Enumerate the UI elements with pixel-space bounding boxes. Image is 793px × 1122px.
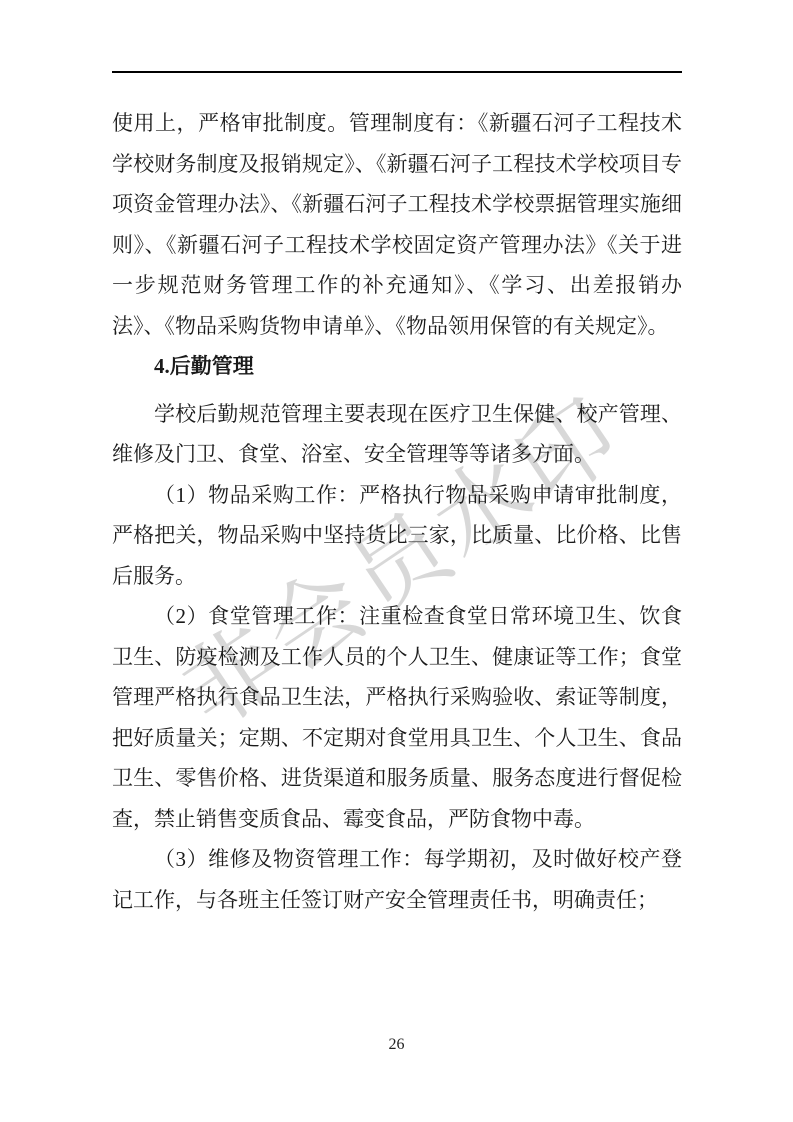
paragraph: 学校后勤规范管理主要表现在医疗卫生保健、校产管理、维修及门卫、食堂、浴室、安全管… — [112, 394, 682, 475]
header-rule — [112, 71, 682, 73]
paragraph: 使用上，严格审批制度。管理制度有：《新疆石河子工程技术学校财务制度及报销规定》、… — [112, 103, 682, 346]
document-page: 非会员水印 使用上，严格审批制度。管理制度有：《新疆石河子工程技术学校财务制度及… — [0, 0, 793, 1122]
paragraph: （2）食堂管理工作：注重检查食堂日常环境卫生、饮食卫生、防疫检测及工作人员的个人… — [112, 596, 682, 839]
document-body: 使用上，严格审批制度。管理制度有：《新疆石河子工程技术学校财务制度及报销规定》、… — [112, 103, 682, 920]
paragraph: （3）维修及物资管理工作：每学期初，及时做好校产登记工作，与各班主任签订财产安全… — [112, 839, 682, 920]
paragraph: （1）物品采购工作：严格执行物品采购申请审批制度，严格把关，物品采购中坚持货比三… — [112, 475, 682, 597]
page-number: 26 — [0, 1034, 793, 1056]
section-heading: 4.后勤管理 — [112, 346, 682, 387]
